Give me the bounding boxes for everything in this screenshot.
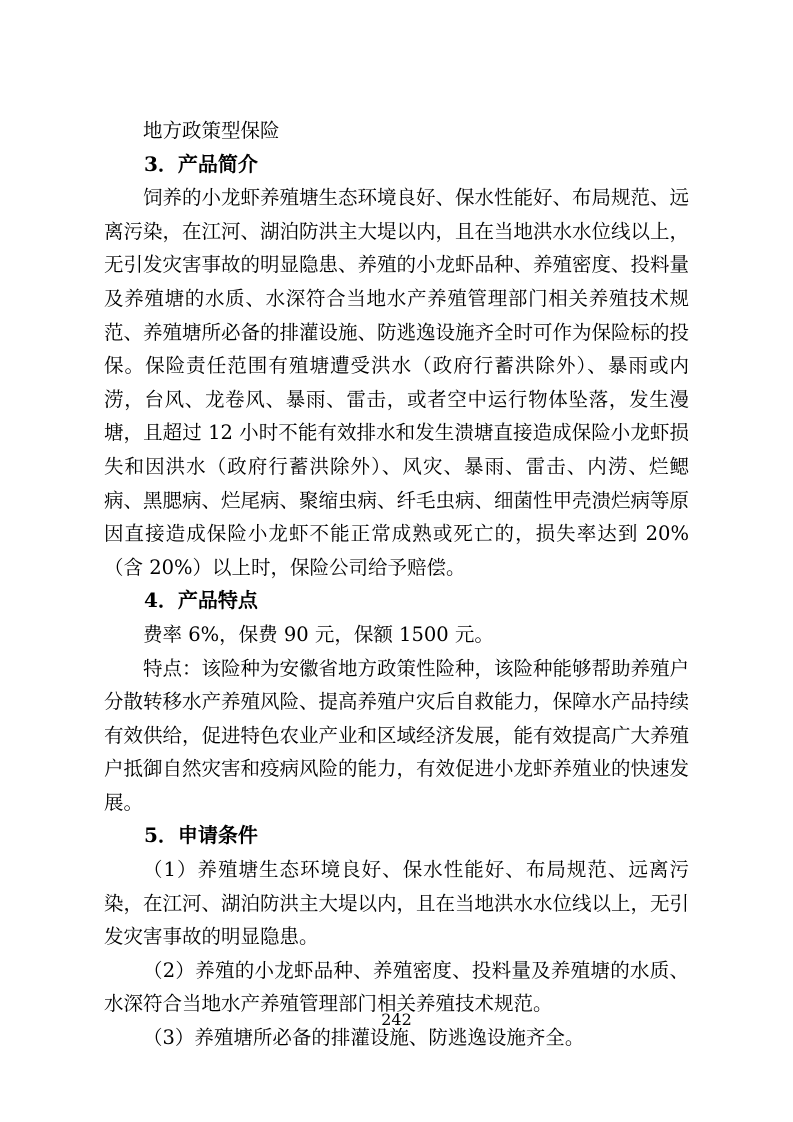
intro-line: 地方政策型保险 (104, 114, 689, 148)
page-number: 242 (0, 1010, 793, 1030)
section-heading-application-conditions: 5．申请条件 (104, 819, 689, 853)
paragraph-rate-premium: 费率 6%，保费 90 元，保额 1500 元。 (104, 618, 689, 652)
section-heading-product-intro: 3．产品简介 (104, 148, 689, 182)
document-page: 地方政策型保险 3．产品简介 饲养的小龙虾养殖塘生态环境良好、保水性能好、布局规… (0, 0, 793, 1122)
paragraph-product-intro: 饲养的小龙虾养殖塘生态环境良好、保水性能好、布局规范、远离污染，在江河、湖泊防洪… (104, 181, 689, 584)
section-heading-product-features: 4．产品特点 (104, 584, 689, 618)
paragraph-condition-1: （1）养殖塘生态环境良好、保水性能好、布局规范、远离污染，在江河、湖泊防洪主大堤… (104, 853, 689, 954)
paragraph-features-detail: 特点：该险种为安徽省地方政策性险种，该险种能够帮助养殖户分散转移水产养殖风险、提… (104, 652, 689, 820)
